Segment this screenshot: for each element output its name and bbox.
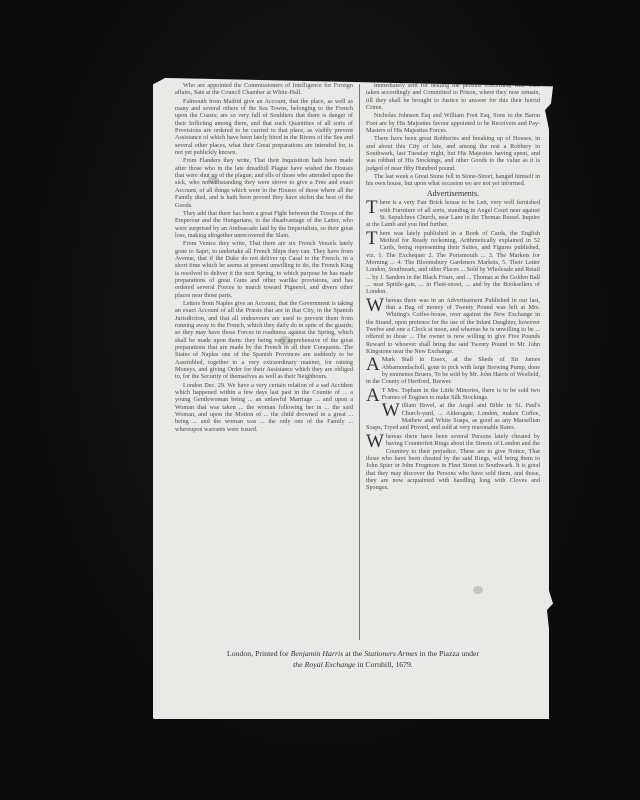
advertisement: AT Mrs. Topham in the Little Minories, t… [366,387,540,402]
news-paragraph: Falmouth from Madrid give an Account, th… [175,98,353,157]
news-paragraph: Nicholas Johnson Esq and William Foot Es… [366,112,540,134]
drop-cap: W [366,434,384,450]
imprint-text: in the Piazza under [418,649,479,658]
imprint-date: in Cornhill, 1679. [355,660,412,669]
advertisement-text: here was lately published in a Book of C… [366,230,540,296]
advertisement: A Mark Stall in Essex, at the Sheds of S… [366,356,540,385]
imprint-text: at the [343,649,364,658]
advertisement: William Bovel, at the Angel and Bible in… [366,402,540,431]
drop-cap: W [382,403,400,419]
news-paragraph: The last week a Great Stone fell in Ston… [366,173,540,188]
news-paragraph: There have been great Robberies and brea… [366,135,540,172]
advertisement-text: hereas there have been several Persons l… [366,433,540,491]
advertisement-text: here is a very Fair Brick house to be Le… [366,199,540,228]
drop-cap: W [366,298,384,314]
news-paragraph: London Dec. 29. We have a very certain r… [175,382,353,433]
paper-stain [208,176,218,184]
advertisements-list: There is a very Fair Brick house to be L… [366,199,540,491]
advertisement-text: T Mrs. Topham in the Little Minories, th… [382,387,540,401]
news-paragraph: immediately sent for dealing the persons… [366,82,540,111]
drop-cap: A [366,388,380,404]
paper-stain [473,586,483,594]
news-paragraph: Who are appointed the Commissioners of I… [175,82,353,97]
advertisement: Whereas there was in an Advertisement Pu… [366,297,540,356]
printer-name: Benjamin Harris [291,649,344,658]
drop-cap: T [366,231,378,247]
news-paragraph: From Venice they write, That there are s… [175,240,353,299]
news-items: immediately sent for dealing the persons… [366,82,540,188]
advertisement: There is a very Fair Brick house to be L… [366,199,540,228]
advertisement-text: hereas there was in an Advertisement Pub… [366,297,540,355]
drop-cap: A [366,357,380,373]
advertisement: Whereas there have been several Persons … [366,433,540,492]
paper-stain [279,336,291,345]
left-column: Who are appointed the Commissioners of I… [175,82,353,434]
advertisement-text: Mark Stall in Essex, at the Sheds of Sir… [366,356,540,385]
news-paragraph: They add that there has been a great Fig… [175,210,353,239]
drop-cap: T [366,200,378,216]
news-paragraph: Letters from Naples give an Account, tha… [175,300,353,381]
imprint-text: London, Printed for [227,649,291,658]
advertisement: There was lately published in a Book of … [366,230,540,296]
imprint-location: the Royal Exchange [293,660,355,669]
right-column: immediately sent for dealing the persons… [366,82,540,493]
newspaper-page: Who are appointed the Commissioners of I… [153,78,553,719]
shop-sign: Stationers Armes [364,649,417,658]
printer-imprint: London, Printed for Benjamin Harris at t… [173,648,533,670]
advertisements-heading: Advertisements. [366,190,540,197]
column-rule [359,84,360,640]
news-paragraph: From Flanders they write, That their Inq… [175,157,353,208]
